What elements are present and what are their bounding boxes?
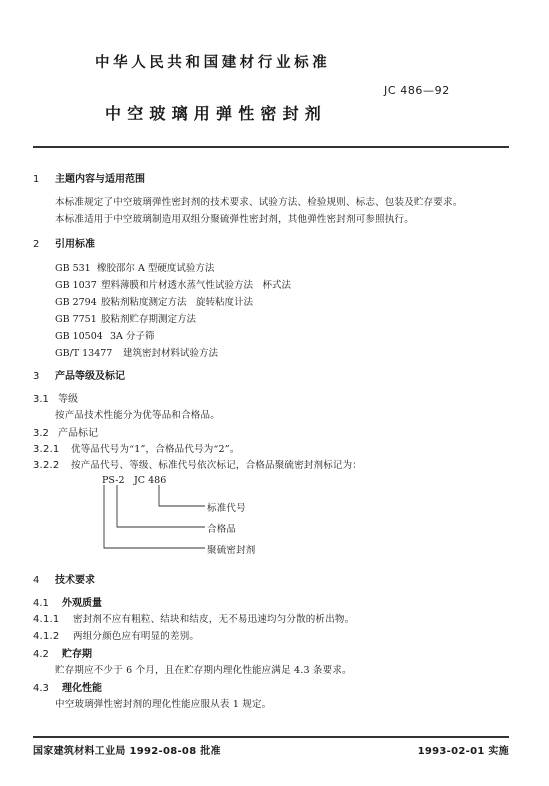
section-2-heading: 2引用标准 [33, 235, 95, 250]
section-title: 引用标准 [55, 239, 95, 250]
header-rule [33, 146, 509, 148]
reference-item: GB 1037塑料薄膜和片材透水蒸气性试验方法 杯式法 [55, 277, 291, 291]
paragraph: 本标准适用于中空玻璃制造用双组分聚硫弹性密封剂，其他弹性密封剂可参照执行。 [55, 211, 414, 225]
reference-item: GB 105043A 分子筛 [55, 328, 154, 342]
section-1-heading: 1主题内容与适用范围 [33, 170, 145, 185]
marking-label-grade: 合格品 [207, 521, 236, 535]
standard-code: JC 486—92 [384, 84, 450, 97]
document-title: 中空玻璃用弹性密封剂 [105, 101, 327, 124]
footer-rule [33, 736, 509, 738]
subsection-3-2-1: 3.2.1优等品代号为“1”，合格品代号为“2”。 [33, 441, 240, 455]
paragraph: 按产品技术性能分为优等品和合格品。 [55, 407, 220, 421]
section-number: 2 [33, 239, 55, 250]
product-marking: PS-2 JC 486 [102, 472, 166, 486]
subsection-4-1-2: 4.1.2两组分颜色应有明显的差别。 [33, 628, 199, 642]
reference-item: GB 2794胶粘剂粘度测定方法 旋转粘度计法 [55, 294, 253, 308]
paragraph: 贮存期应不少于 6 个月，且在贮存期内理化性能应满足 4.3 条要求。 [55, 662, 352, 676]
section-title: 产品等级及标记 [55, 371, 125, 382]
approval-info: 国家建筑材料工业局 1992-08-08 批准 [33, 742, 221, 757]
subsection-4-1: 4.1外观质量 [33, 594, 102, 609]
section-number: 1 [33, 174, 55, 185]
subsection-4-2: 4.2贮存期 [33, 645, 92, 660]
marking-label-product: 聚硫密封剂 [207, 542, 256, 556]
marking-label-standard-code: 标准代号 [207, 500, 246, 514]
subsection-3-2: 3.2产品标记 [33, 424, 98, 439]
paragraph: 中空玻璃弹性密封剂的理化性能应服从表 1 规定。 [55, 696, 271, 710]
subsection-3-2-2: 3.2.2按产品代号、等级、标准代号依次标记，合格品聚硫密封剂标记为： [33, 457, 362, 471]
subsection-3-1: 3.1等级 [33, 390, 78, 405]
section-title: 技术要求 [55, 575, 95, 586]
section-number: 4 [33, 575, 55, 586]
section-4-heading: 4技术要求 [33, 571, 95, 586]
implementation-date: 1993-02-01 实施 [418, 742, 509, 757]
reference-item: GB 7751胶粘剂贮存期测定方法 [55, 311, 196, 325]
reference-item: GB/T 13477建筑密封材料试验方法 [55, 345, 218, 359]
standard-category: 中华人民共和国建材行业标准 [95, 51, 330, 72]
section-3-heading: 3产品等级及标记 [33, 367, 125, 382]
paragraph: 本标准规定了中空玻璃弹性密封剂的技术要求、试验方法、检验规则、标志、包装及贮存要… [55, 194, 462, 208]
subsection-4-3: 4.3理化性能 [33, 679, 102, 694]
subsection-4-1-1: 4.1.1密封剂不应有粗粒、结块和结皮，无不易迅速均匀分散的析出物。 [33, 611, 354, 625]
section-number: 3 [33, 371, 55, 382]
reference-item: GB 531橡胶邵尔 A 型硬度试验方法 [55, 260, 214, 274]
section-title: 主题内容与适用范围 [55, 174, 145, 185]
